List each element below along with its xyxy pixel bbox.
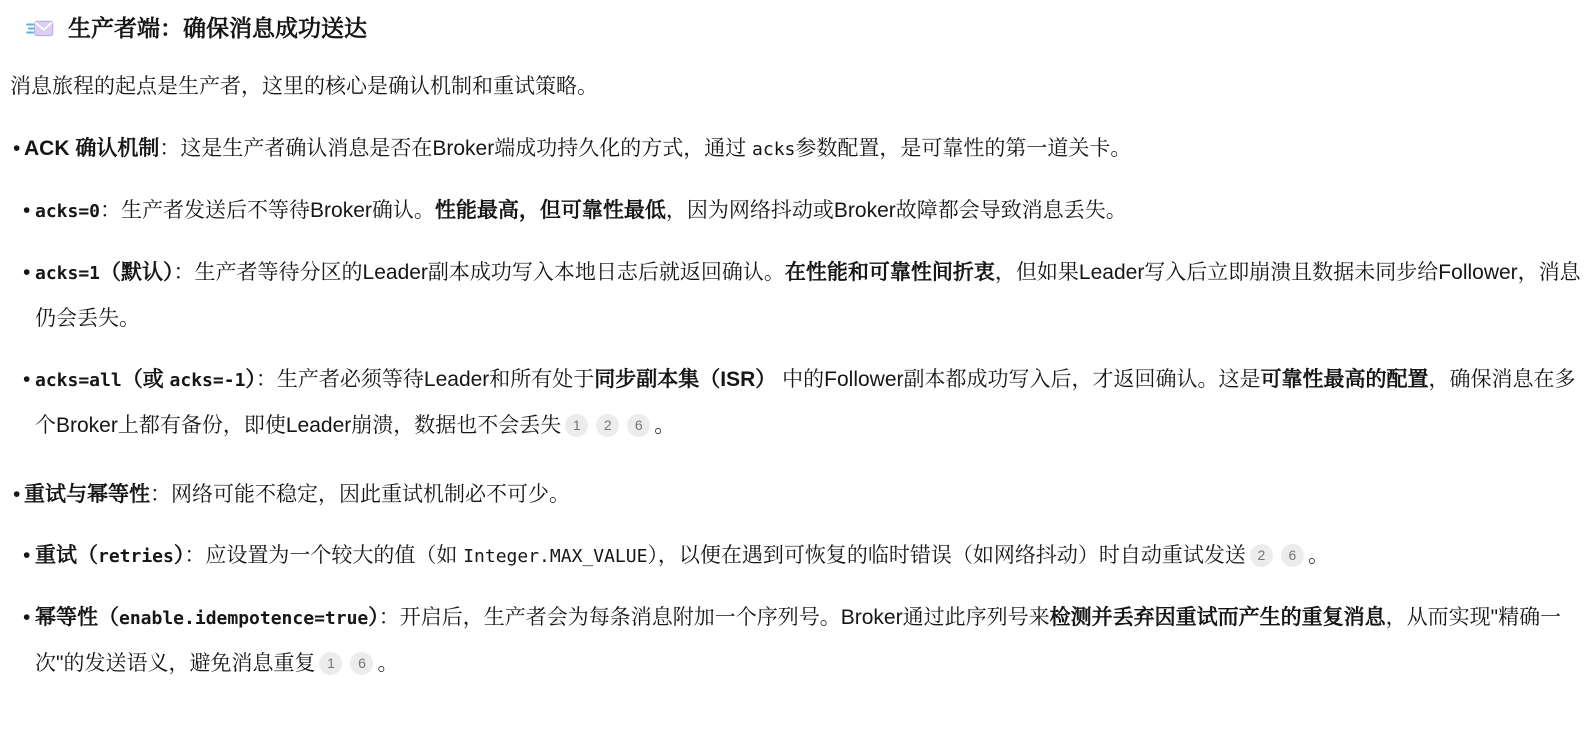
text-run: ACK 确认机制 [24,137,159,160]
text-run: 同步副本集（ISR） [594,368,776,391]
inline-code: retries [98,546,174,567]
list-item-ack-mechanism: • ACK 确认机制：这是生产者确认消息是否在Broker端成功持久化的方式，通… [13,126,1581,172]
text-run: ：生产者必须等待Leader和所有处于 [256,368,594,391]
text-run: ：这是生产者确认消息是否在Broker端成功持久化的方式，通过 [159,137,752,160]
list-item-text: acks=all（或 acks=-1）：生产者必须等待Leader和所有处于同步… [35,368,1576,437]
bullet-marker: • [23,533,33,578]
inline-code: Integer.MAX_VALUE [463,546,647,567]
list-item-idempotence: • 幂等性（enable.idempotence=true）：开启后，生产者会为… [23,595,1581,686]
list-item-text: ACK 确认机制：这是生产者确认消息是否在Broker端成功持久化的方式，通过 … [24,137,1131,160]
bullet-marker: • [23,595,33,640]
inline-code: acks=1 [35,263,100,284]
text-run: 重试（ [35,544,98,567]
text-run: ），以便在遇到可恢复的临时错误（如网络抖动）时自动重试发送 [647,544,1246,567]
text-run: （或 [122,368,170,391]
text-run: 参数配置，是可靠性的第一道关卡。 [795,137,1131,160]
bullet-marker: • [23,250,33,295]
text-run: ） [245,368,256,391]
citation-badge[interactable]: 6 [627,414,650,437]
document: 生产者端：确保消息成功送达 消息旅程的起点是生产者，这里的核心是确认机制和重试策… [0,0,1593,700]
list-item-text: acks=1（默认）：生产者等待分区的Leader副本成功写入本地日志后就返回确… [35,261,1581,330]
text-run: 在性能和可靠性间折衷 [785,261,995,284]
citation-badge[interactable]: 1 [319,652,342,675]
text-run: 。 [1308,544,1329,567]
text-run: 重试与幂等性 [24,483,150,506]
text-run: ：开启后，生产者会为每条消息附加一个序列号。Broker通过此序列号来 [379,606,1050,629]
list-item-acks-1: • acks=1（默认）：生产者等待分区的Leader副本成功写入本地日志后就返… [23,250,1581,341]
citation-badge[interactable]: 1 [565,414,588,437]
text-run: ） [368,606,379,629]
list-item-acks-all: • acks=all（或 acks=-1）：生产者必须等待Leader和所有处于… [23,357,1581,448]
text-run: ，因为网络抖动或Broker故障都会导致消息丢失。 [666,199,1127,222]
text-run: 检测并丢弃因重试而产生的重复消息 [1050,606,1386,629]
text-run: 。 [377,652,398,675]
bullet-marker: • [13,472,23,517]
text-run: ） [174,544,185,567]
bullet-list: • ACK 确认机制：这是生产者确认消息是否在Broker端成功持久化的方式，通… [10,126,1581,686]
list-item-acks-0: • acks=0：生产者发送后不等待Broker确认。性能最高，但可靠性最低，因… [23,188,1581,234]
incoming-envelope-icon [26,16,54,41]
inline-code: acks=all [35,370,122,391]
citation-badge[interactable]: 2 [596,414,619,437]
bullet-marker: • [13,126,23,171]
text-run: ：网络可能不稳定，因此重试机制必不可少。 [150,483,570,506]
text-run: （默认） [100,261,174,284]
list-item-retry-idempotence: • 重试与幂等性：网络可能不稳定，因此重试机制必不可少。 [13,472,1581,517]
section-heading: 生产者端：确保消息成功送达 [10,6,1581,44]
text-run: 可靠性最高的配置 [1261,368,1429,391]
list-item-text: 重试与幂等性：网络可能不稳定，因此重试机制必不可少。 [24,483,570,506]
list-item-text: 重试（retries）：应设置为一个较大的值（如 Integer.MAX_VAL… [35,544,1329,567]
text-run: ：生产者等待分区的Leader副本成功写入本地日志后就返回确认。 [174,261,785,284]
citation-badge[interactable]: 6 [350,652,373,675]
inline-code: acks=-1 [170,370,246,391]
text-run: 。 [654,414,675,437]
inline-code: acks=0 [35,201,100,222]
inline-code: acks [752,139,795,160]
list-item-text: 幂等性（enable.idempotence=true）：开启后，生产者会为每条… [35,606,1561,675]
list-item-retries: • 重试（retries）：应设置为一个较大的值（如 Integer.MAX_V… [23,533,1581,579]
citation-badge[interactable]: 6 [1281,544,1304,567]
list-item-text: acks=0：生产者发送后不等待Broker确认。性能最高，但可靠性最低，因为网… [35,199,1127,222]
text-run: 幂等性（ [35,606,119,629]
citation-badge[interactable]: 2 [1250,544,1273,567]
intro-paragraph: 消息旅程的起点是生产者，这里的核心是确认机制和重试策略。 [10,71,1581,102]
bullet-marker: • [23,357,33,402]
text-run: ：应设置为一个较大的值（如 [184,544,463,567]
text-run: ：生产者发送后不等待Broker确认。 [100,199,435,222]
text-run: 中的Follower副本都成功写入后，才返回确认。这是 [776,368,1260,391]
bullet-marker: • [23,188,33,233]
text-run: 性能最高，但可靠性最低 [435,199,666,222]
section-title: 生产者端：确保消息成功送达 [68,12,367,44]
inline-code: enable.idempotence=true [119,608,368,629]
